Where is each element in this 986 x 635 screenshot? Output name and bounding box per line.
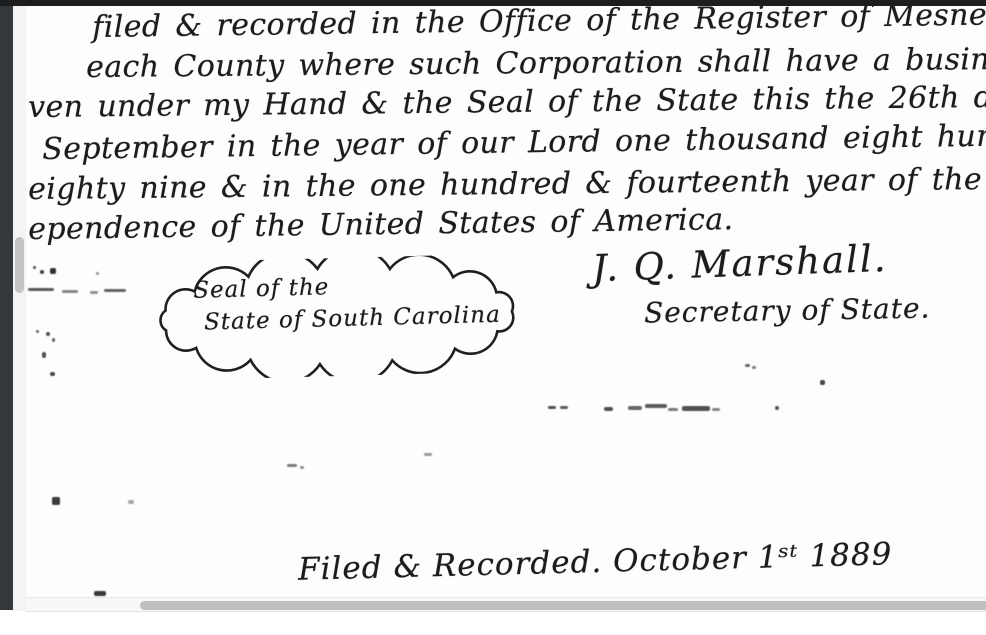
seal-text-line1: Seal of the xyxy=(193,274,330,304)
ink-speck xyxy=(300,466,304,469)
ink-speck xyxy=(820,380,825,385)
ink-speck xyxy=(668,408,678,411)
horizontal-scrollbar-thumb[interactable] xyxy=(140,601,986,610)
left-edge-panel xyxy=(0,6,13,610)
ink-speck xyxy=(424,453,432,456)
ink-speck xyxy=(94,591,106,596)
ink-speck xyxy=(628,406,642,410)
ink-speck xyxy=(128,500,134,504)
ink-speck xyxy=(62,290,78,293)
ink-speck xyxy=(28,288,54,291)
ink-speck xyxy=(90,291,98,294)
bottom-gutter xyxy=(0,612,986,635)
ink-speck xyxy=(604,407,613,411)
handwriting-line: eighty nine & in the one hundred & fourt… xyxy=(28,162,982,207)
ink-speck xyxy=(104,289,126,292)
ink-speck xyxy=(46,332,50,336)
ink-speck xyxy=(560,406,568,409)
handwriting-line: filed & recorded in the Office of the Re… xyxy=(92,6,986,45)
ink-speck xyxy=(40,270,44,274)
ink-speck xyxy=(36,330,39,333)
vertical-scrollbar[interactable] xyxy=(13,6,26,611)
ink-speck xyxy=(745,364,750,367)
ink-speck xyxy=(50,372,55,376)
ink-speck xyxy=(843,300,847,303)
handwriting-line: September in the year of our Lord one th… xyxy=(42,118,986,167)
ink-speck xyxy=(712,408,720,411)
handwriting-line: ven under my Hand & the Seal of the Stat… xyxy=(28,78,986,125)
ink-speck xyxy=(548,406,556,409)
signature-title: Secretary of State. xyxy=(644,292,931,330)
ink-speck xyxy=(33,266,36,269)
ink-speck xyxy=(96,272,99,275)
footer-filed-date: Filed & Recorded. October 1ˢᵗ 1889 xyxy=(298,536,893,588)
handwriting-line: ependence of the United States of Americ… xyxy=(28,202,734,247)
ink-speck xyxy=(287,464,297,467)
ink-speck xyxy=(52,497,60,505)
window-top-bar xyxy=(0,0,986,6)
ink-speck xyxy=(42,352,46,358)
vertical-scrollbar-thumb[interactable] xyxy=(15,237,24,293)
horizontal-scrollbar[interactable] xyxy=(26,597,986,612)
ink-speck xyxy=(52,338,55,342)
ink-speck xyxy=(682,406,710,411)
handwriting-line: each County where such Corporation shall… xyxy=(86,41,986,85)
ink-speck xyxy=(752,366,756,369)
ink-speck xyxy=(775,406,779,410)
signature-name: J. Q. Marshall. xyxy=(591,237,888,290)
ink-speck xyxy=(645,404,667,408)
document-page: filed & recorded in the Office of the Re… xyxy=(26,6,986,597)
document-viewer: filed & recorded in the Office of the Re… xyxy=(0,0,986,635)
seal: Seal of the State of South Carolina xyxy=(151,253,526,381)
ink-speck xyxy=(50,268,56,274)
